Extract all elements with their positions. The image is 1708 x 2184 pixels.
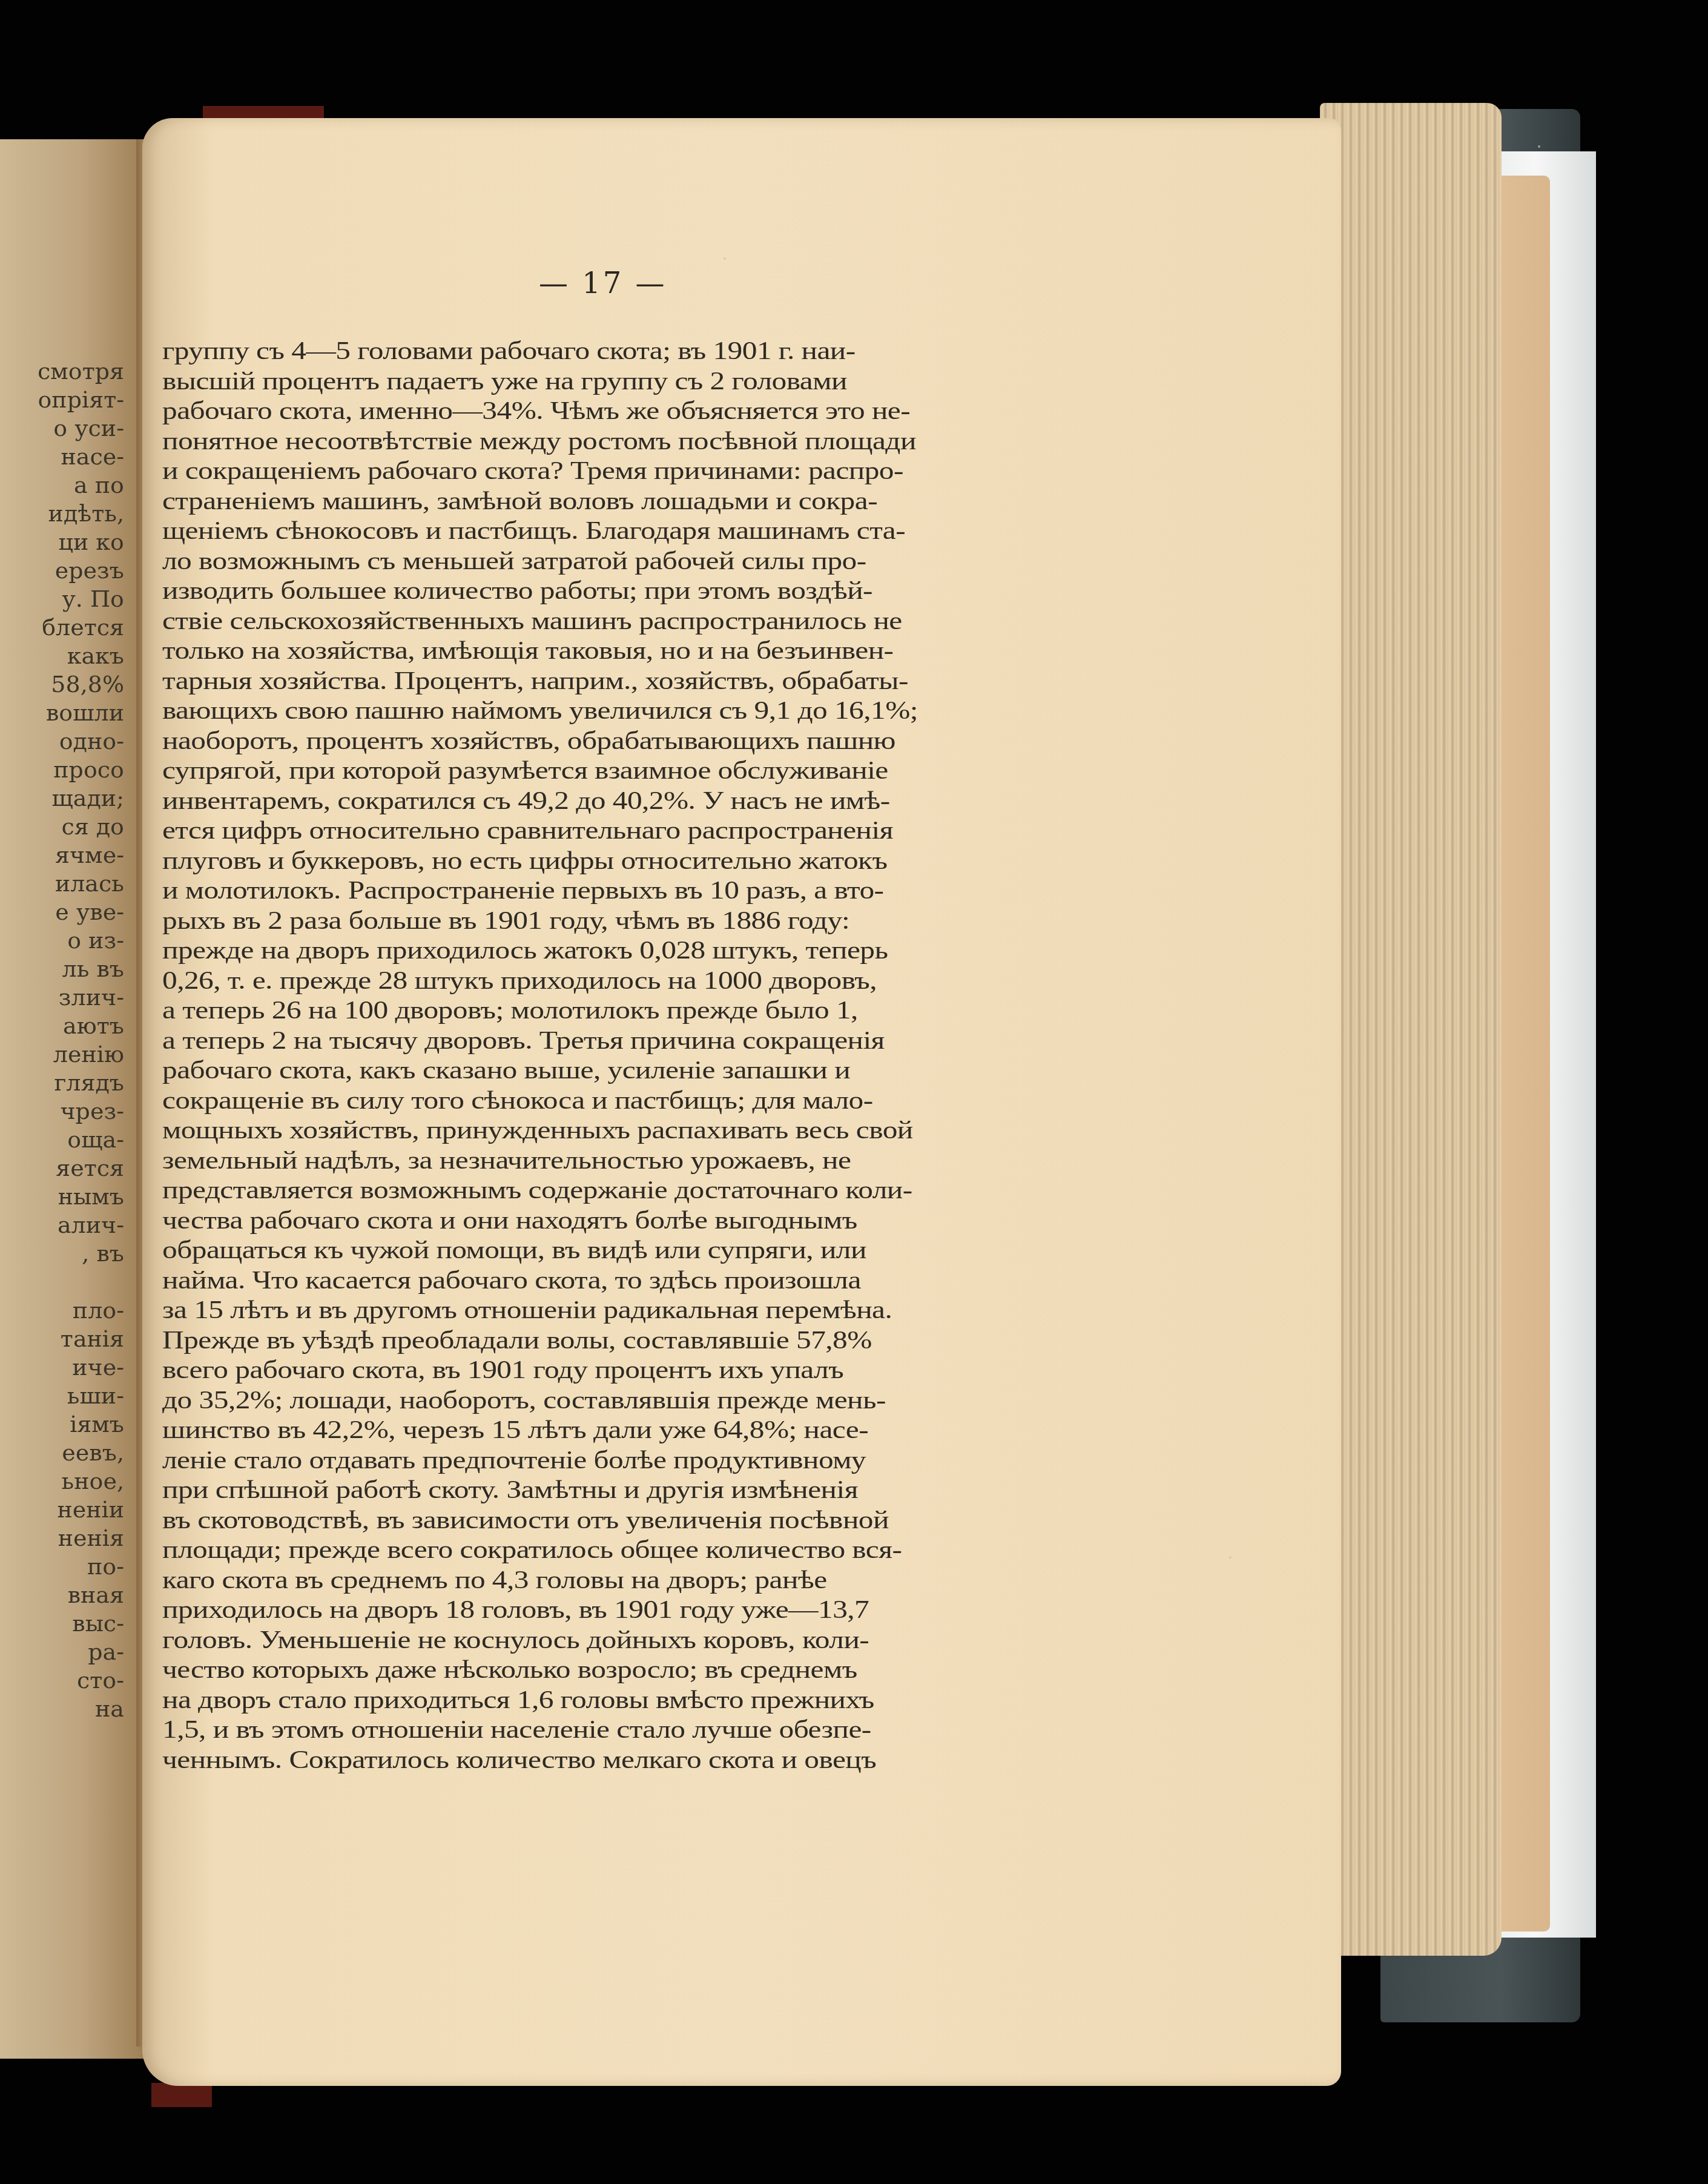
- left-text-line: аютъ: [0, 1012, 124, 1040]
- text-line: представляется возможнымъ содержаніе дос…: [162, 1175, 912, 1206]
- page-number: — 17 —: [539, 266, 667, 300]
- text-line: земельный надѣлъ, за незначительностью у…: [162, 1146, 851, 1176]
- left-text-line: по-: [0, 1552, 124, 1581]
- left-text-line: о из-: [0, 926, 124, 955]
- text-line: на дворъ стало приходиться 1,6 головы вм…: [162, 1685, 874, 1715]
- left-text-line: ячме-: [0, 841, 124, 869]
- text-line: понятное несоотвѣтствіе между ростомъ по…: [162, 426, 915, 457]
- text-line: ствіе сельскохозяйственныхъ машинъ распр…: [162, 606, 902, 636]
- left-text-line: о уси-: [0, 414, 124, 443]
- left-text-line: яется: [0, 1154, 124, 1183]
- text-line: каго скота въ среднемъ по 4,3 головы на …: [162, 1565, 826, 1595]
- text-line: шинство въ 42,2%, черезъ 15 лѣтъ дали уж…: [162, 1415, 868, 1445]
- left-text-line: просо: [0, 756, 124, 784]
- left-text-line: , въ: [0, 1239, 124, 1268]
- text-line: высшій процентъ падаетъ уже на группу съ…: [162, 366, 846, 397]
- left-text-line: выс-: [0, 1609, 124, 1638]
- left-text-line: 58,8%: [0, 670, 124, 699]
- text-line: мощныхъ хозяйствъ, принужденныхъ распахи…: [162, 1115, 913, 1146]
- text-line: рабочаго скота, именно—34%. Чѣмъ же объя…: [162, 396, 910, 426]
- text-line: сокращеніе въ силу того сѣнокоса и пастб…: [162, 1086, 872, 1116]
- text-line: ло возможнымъ съ меньшей затратой рабоче…: [162, 546, 866, 576]
- text-line: страненіемъ машинъ, замѣной воловъ лошад…: [162, 486, 877, 516]
- text-line: леніе стало отдавать предпочтеніе болѣе …: [162, 1445, 866, 1476]
- left-text-line: щади;: [0, 784, 124, 813]
- text-line: наоборотъ, процентъ хозяйствъ, обрабатыв…: [162, 726, 895, 756]
- text-line: а теперь 2 на тысячу дворовъ. Третья при…: [162, 1026, 885, 1056]
- left-text-line: ненiи: [0, 1496, 124, 1524]
- text-line: группу съ 4—5 головами рабочаго скота; в…: [162, 336, 855, 366]
- text-line: ченнымъ. Сократилось количество мелкаго …: [162, 1745, 876, 1775]
- text-line: вающихъ свою пашню наймомъ увеличился съ…: [162, 696, 918, 726]
- left-text-line: опріят-: [0, 386, 124, 414]
- text-line: до 35,2%; лошади, наоборотъ, составлявші…: [162, 1385, 886, 1416]
- left-text-line: ьное,: [0, 1467, 124, 1496]
- text-line: 1,5, и въ этомъ отношеніи населеніе стал…: [162, 1715, 871, 1745]
- left-text-line: е уве-: [0, 898, 124, 926]
- left-text-line: алич-: [0, 1211, 124, 1239]
- left-text-line: ерезъ: [0, 556, 124, 585]
- text-line: и молотилокъ. Распространеніе первыхъ въ…: [162, 876, 883, 906]
- left-text-line: ль въ: [0, 955, 124, 983]
- left-text-line: ьши-: [0, 1382, 124, 1410]
- left-text-line: глядъ: [0, 1069, 124, 1097]
- text-line: за 15 лѣтъ и въ другомъ отношеніи радика…: [162, 1295, 892, 1325]
- left-text-line: ци ко: [0, 528, 124, 556]
- text-line: и сокращеніемъ рабочаго скота? Тремя при…: [162, 456, 903, 486]
- footband: [151, 2083, 212, 2107]
- left-text-line: вошли: [0, 699, 124, 727]
- left-text-line: ненія: [0, 1524, 124, 1552]
- left-page: смотряопріят-о уси-насе-а поидѣть,ци кое…: [0, 139, 145, 2059]
- text-line: чества рабочаго скота и они находятъ бол…: [162, 1206, 857, 1236]
- text-line: приходилось на дворъ 18 головъ, въ 1901 …: [162, 1595, 869, 1625]
- left-text-line: іямъ: [0, 1410, 124, 1439]
- text-line: плуговъ и буккеровъ, но есть цифры относ…: [162, 846, 887, 876]
- left-text-line: иче-: [0, 1353, 124, 1382]
- left-text-line: ся до: [0, 813, 124, 841]
- text-line: а теперь 26 на 100 дворовъ; молотилокъ п…: [162, 995, 858, 1026]
- left-text-line: злич-: [0, 983, 124, 1012]
- text-line: инвентаремъ, сократился съ 49,2 до 40,2%…: [162, 786, 890, 816]
- text-line: прежде на дворъ приходилось жатокъ 0,028…: [162, 935, 888, 966]
- left-text-line: нымъ: [0, 1183, 124, 1211]
- text-line: при спѣшной работѣ скоту. Замѣтны и друг…: [162, 1475, 858, 1505]
- left-text-line: идѣть,: [0, 500, 124, 528]
- text-line: головъ. Уменьшеніе не коснулось дойныхъ …: [162, 1625, 869, 1655]
- dust-speck: [724, 257, 726, 260]
- text-line: рабочаго скота, какъ сказано выше, усиле…: [162, 1055, 850, 1086]
- left-text-line: одно-: [0, 727, 124, 756]
- left-text-line: а по: [0, 471, 124, 500]
- left-text-line: чрез-: [0, 1097, 124, 1126]
- text-line: площади; прежде всего сократилось общее …: [162, 1535, 902, 1565]
- page-block-edge: [1320, 103, 1502, 1956]
- text-line: ется цифръ относительно сравнительнаго р…: [162, 816, 892, 846]
- left-text-line: на: [0, 1695, 124, 1723]
- text-line: супрягой, при которой разумѣется взаимно…: [162, 756, 888, 786]
- left-text-line: вная: [0, 1581, 124, 1609]
- left-text-line: насе-: [0, 443, 124, 471]
- text-line: щеніемъ сѣнокосовъ и пастбищъ. Благодаря…: [162, 516, 905, 546]
- left-text-line: илась: [0, 869, 124, 898]
- text-line: въ скотоводствѣ, въ зависимости отъ увел…: [162, 1505, 888, 1536]
- left-text-line: какъ: [0, 642, 124, 670]
- text-line: рыхъ въ 2 раза больше въ 1901 году, чѣмъ…: [162, 906, 849, 936]
- text-line: найма. Что касается рабочаго скота, то з…: [162, 1265, 860, 1296]
- text-line: всего рабочаго скота, въ 1901 году проце…: [162, 1355, 843, 1385]
- left-text-line: сто-: [0, 1666, 124, 1695]
- left-text-line: блется: [0, 613, 124, 642]
- left-text-line: ленію: [0, 1040, 124, 1069]
- text-line: чество которыхъ даже нѣсколько возросло;…: [162, 1655, 857, 1685]
- text-line: изводить большее количество работы; при …: [162, 576, 872, 606]
- left-page-text: смотряопріят-о уси-насе-а поидѣть,ци кое…: [0, 357, 124, 1723]
- dust-speck: [1229, 1556, 1232, 1559]
- text-line: только на хозяйства, имѣющія таковыя, но…: [162, 636, 894, 666]
- text-line: тарныя хозяйства. Процентъ, наприм., хоз…: [162, 666, 908, 696]
- left-text-line: еевъ,: [0, 1439, 124, 1467]
- text-line: 0,26, т. е. прежде 28 штукъ приходилось …: [162, 966, 877, 996]
- left-text-line: у. По: [0, 585, 124, 613]
- left-text-line: ра-: [0, 1638, 124, 1666]
- dust-speck: [1538, 145, 1540, 148]
- left-text-line: пло-: [0, 1296, 124, 1325]
- left-text-line: оща-: [0, 1126, 124, 1154]
- left-text-line: смотря: [0, 357, 124, 386]
- text-line: обращаться къ чужой помощи, въ видѣ или …: [162, 1235, 866, 1265]
- text-line: Прежде въ уѣздѣ преобладали волы, состав…: [162, 1325, 872, 1356]
- left-text-line: танія: [0, 1325, 124, 1353]
- body-text: группу съ 4—5 головами рабочаго скота; в…: [162, 336, 1134, 1775]
- left-text-line: [0, 1268, 124, 1296]
